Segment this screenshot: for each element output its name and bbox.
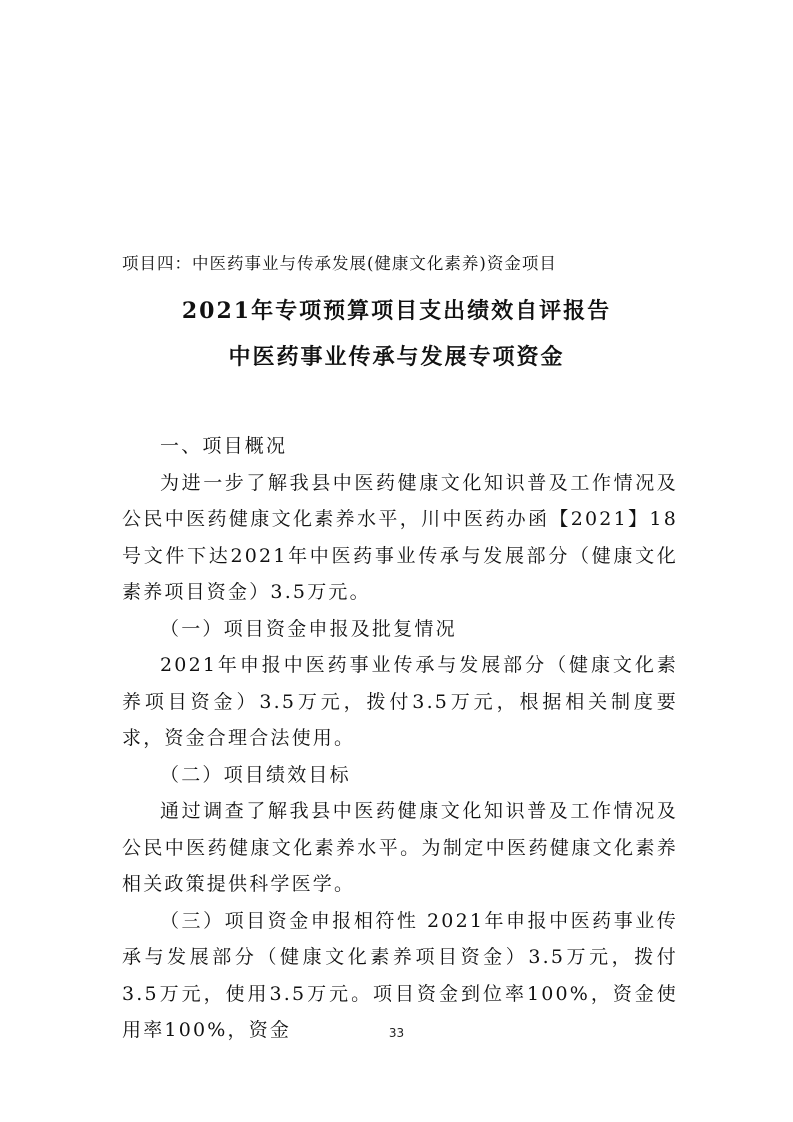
subheading-performance-goal: （二）项目绩效目标	[122, 757, 678, 794]
report-body: 一、项目概况 为进一步了解我县中医药健康文化知识普及工作情况及公民中医药健康文化…	[122, 428, 678, 1049]
section-heading-overview: 一、项目概况	[122, 428, 678, 465]
page-number: 33	[0, 1026, 793, 1040]
document-page: 项目四：中医药事业与传承发展(健康文化素养)资金项目 2021年专项预算项目支出…	[0, 0, 793, 1122]
paragraph-funding-approval: 2021年申报中医药事业传承与发展部分（健康文化素养项目资金）3.5万元，拨付3…	[122, 647, 678, 757]
subheading-funding-approval: （一）项目资金申报及批复情况	[122, 611, 678, 648]
paragraph-overview: 为进一步了解我县中医药健康文化知识普及工作情况及公民中医药健康文化素养水平，川中…	[122, 465, 678, 611]
paragraph-performance-goal: 通过调查了解我县中医药健康文化知识普及工作情况及公民中医药健康文化素养水平。为制…	[122, 793, 678, 903]
report-subtitle: 中医药事业传承与发展专项资金	[0, 340, 793, 371]
report-title: 2021年专项预算项目支出绩效自评报告	[0, 294, 793, 325]
project-header-line: 项目四：中医药事业与传承发展(健康文化素养)资金项目	[122, 250, 557, 274]
